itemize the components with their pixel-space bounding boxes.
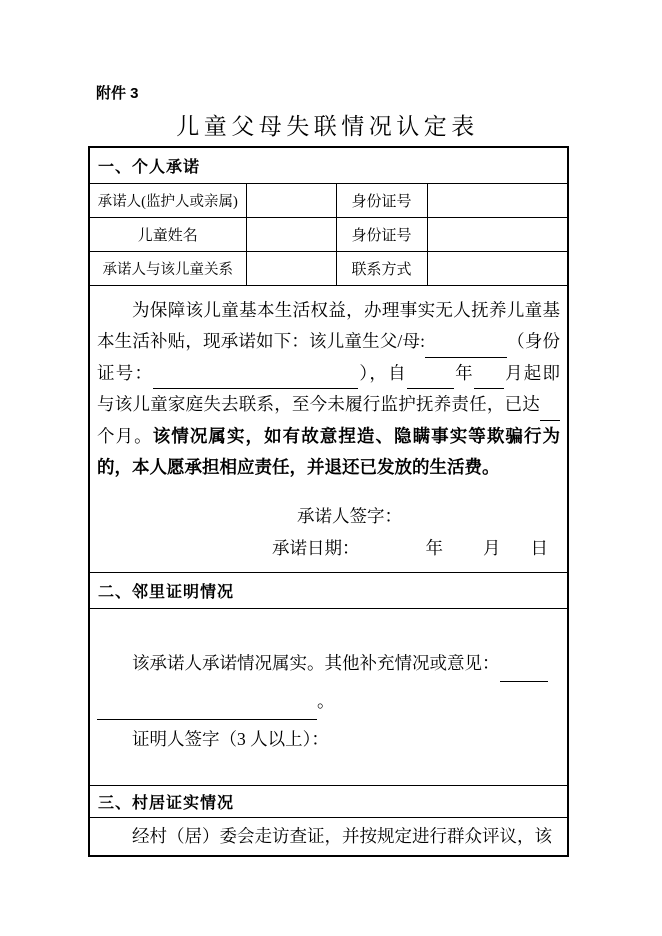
promisor-signature-line: 承诺人签字： (97, 500, 560, 532)
village-verification-cell: 经村（居）委会走访查证，并按规定进行群众评议，该 (89, 818, 568, 856)
neighbor-statement: 该承诺人承诺情况属实。其他补充情况或意见： (97, 644, 560, 682)
section-2-content-row: 该承诺人承诺情况属实。其他补充情况或意见： 。 证明人签字（3 人以上）： (89, 609, 568, 786)
witness-signature-line: 证明人签字（3 人以上）： (97, 720, 560, 758)
opinion-continuation-line: 。 (97, 682, 560, 720)
promisor-id-label: 身份证号 (336, 183, 427, 217)
section-2-header: 二、邻里证明情况 (89, 573, 568, 609)
month-blank (474, 372, 504, 390)
pledge-row: 为保障该儿童基本生活权益，办理事实无人抚养儿童基本生活补贴，现承诺如下：该儿童生… (89, 285, 568, 573)
date-label: 承诺日期： (272, 538, 360, 558)
section-3-content-row: 经村（居）委会走访查证，并按规定进行群众评议，该 (89, 818, 568, 856)
day-label: 日 (531, 538, 549, 558)
opinion-blank-2 (97, 703, 317, 721)
pledge-text-3: ），自 (358, 363, 407, 383)
table-row: 承诺人(监护人或亲属) 身份证号 (89, 183, 568, 217)
signature-block: 承诺人签字： 承诺日期：年月日 (97, 500, 560, 564)
section-2-header-row: 二、邻里证明情况 (89, 573, 568, 609)
section-3-header-row: 三、村居证实情况 (89, 786, 568, 818)
contact-label: 联系方式 (336, 251, 427, 285)
determination-form-table: 一、个人承诺 承诺人(监护人或亲属) 身份证号 儿童姓名 身份证号 承诺人与该儿… (88, 146, 569, 857)
promisor-id-value-cell (427, 183, 568, 217)
opinion-blank-1 (500, 665, 548, 683)
attachment-label: 附件 3 (96, 82, 139, 103)
year-label: 年 (426, 538, 444, 558)
year-blank (407, 372, 454, 390)
pledge-text-6: 个月。 (97, 426, 153, 446)
pledge-text-4: 年 (454, 363, 474, 383)
section-3-header: 三、村居证实情况 (89, 786, 568, 818)
relationship-label: 承诺人与该儿童关系 (89, 251, 246, 285)
table-row: 儿童姓名 身份证号 (89, 217, 568, 251)
village-verification-text: 经村（居）委会走访查证，并按规定进行群众评议，该 (97, 826, 560, 846)
section-1-header-row: 一、个人承诺 (89, 147, 568, 183)
child-name-value-cell (246, 217, 336, 251)
page-title: 儿童父母失联情况认定表 (88, 108, 567, 141)
pledge-paragraph: 为保障该儿童基本生活权益，办理事实无人抚养儿童基本生活补贴，现承诺如下：该儿童生… (97, 295, 560, 485)
parent-name-blank (425, 340, 507, 358)
child-id-label: 身份证号 (336, 217, 427, 251)
period-mark: 。 (317, 691, 335, 711)
month-label: 月 (483, 538, 501, 558)
section-1-header: 一、个人承诺 (89, 147, 568, 183)
child-name-label: 儿童姓名 (89, 217, 246, 251)
contact-value-cell (427, 251, 568, 285)
pledge-date-line: 承诺日期：年月日 (97, 532, 560, 564)
child-id-value-cell (427, 217, 568, 251)
months-count-blank (540, 403, 560, 421)
pledge-cell: 为保障该儿童基本生活权益，办理事实无人抚养儿童基本生活补贴，现承诺如下：该儿童生… (89, 285, 568, 573)
parent-id-blank (153, 372, 358, 390)
neighbor-proof-cell: 该承诺人承诺情况属实。其他补充情况或意见： 。 证明人签字（3 人以上）： (89, 609, 568, 786)
relationship-value-cell (246, 251, 336, 285)
promisor-name-label: 承诺人(监护人或亲属) (89, 183, 246, 217)
table-row: 承诺人与该儿童关系 联系方式 (89, 251, 568, 285)
pledge-bold-statement: 该情况属实，如有故意捏造、隐瞒事实等欺骗行为的，本人愿承担相应责任，并退还已发放… (97, 426, 560, 478)
neighbor-statement-text: 该承诺人承诺情况属实。其他补充情况或意见： (132, 653, 500, 673)
promisor-name-value-cell (246, 183, 336, 217)
document-page: 附件 3 儿童父母失联情况认定表 一、个人承诺 承诺人(监护人或亲属) 身份证号… (0, 0, 662, 936)
pledge-text-5: 月起即与该儿童家庭失去联系，至今未履行监护抚养责任，已达 (97, 363, 560, 415)
